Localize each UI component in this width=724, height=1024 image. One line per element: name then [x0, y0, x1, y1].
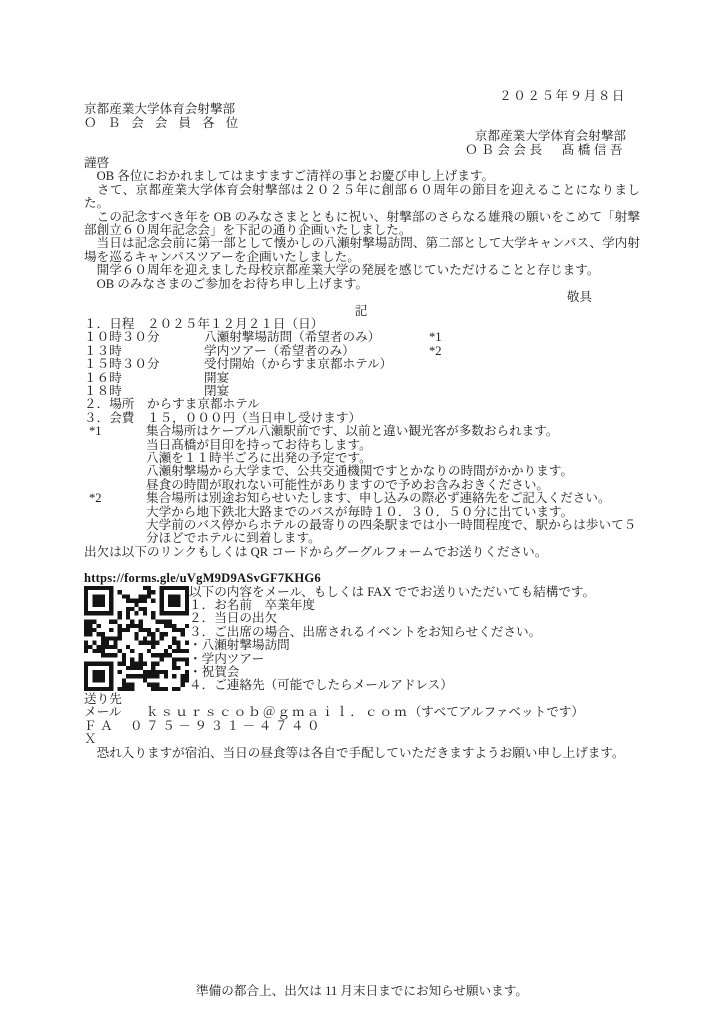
rsvp-mailfax-section: 以下の内容をメール、もしくは FAX ででお送りいただいても結構です。 １．お名…	[84, 586, 640, 693]
body-paragraph: 開学６０周年を迎えました母校京都産業大学の発展を感じていただけることと存じます。	[84, 264, 640, 277]
fax-number: ０７５－９３１－４７４０	[130, 720, 323, 747]
fax-row: ＦＡＸ ０７５－９３１－４７４０	[84, 720, 640, 747]
mail-row: メール ｋｓｕｒｓｃｏｂ＠ｇｍａｉｌ．ｃｏｍ （すべてアルファベットです）	[84, 706, 640, 719]
sendto-section: 送り先 メール ｋｓｕｒｓｃｏｂ＠ｇｍａｉｌ．ｃｏｍ （すべてアルファベットです…	[84, 693, 640, 720]
schedule-time: １０時３０分	[84, 331, 204, 344]
footnote-line: 集合場所はケーブル八瀬駅前です、以前と違い観光客が多数おられます。	[146, 425, 640, 438]
google-form-url[interactable]: https://forms.gle/uVgM9D9ASvGF7KHG6	[84, 572, 640, 585]
closing-word: 敬具	[84, 291, 640, 304]
letter-body: OB 各位におかれましてはますますご清祥の事とお慶び申し上げます。 さて、京都産…	[84, 170, 640, 291]
footnote-1: *1 集合場所はケーブル八瀬駅前です、以前と違い観光客が多数おられます。 当日髙…	[84, 425, 640, 492]
footnote-ref	[429, 385, 640, 398]
rsvp-items: １．お名前 卒業年度 ２．当日の出欠 ３．ご出席の場合、出席されるイベントをお知…	[189, 599, 599, 693]
mail-address: ｋｓｕｒｓｃｏｂ＠ｇｍａｉｌ．ｃｏｍ	[146, 706, 409, 719]
footnote-marker: *2	[84, 492, 146, 546]
footnote-ref	[429, 372, 640, 385]
addressee-block: 京都産業大学体育会射撃部 ＯＢ会会員各位	[84, 103, 640, 130]
rsvp-link-instruction: 出欠は以下のリンクもしくは QR コードからグーグルフォームでお送りください。	[84, 546, 640, 559]
footnote-body: 集合場所は別途お知らせいたします、申し込みの際必ず連絡先をご記入ください。 大学…	[146, 492, 640, 546]
footnote-line: 八瀬射撃場から大学まで、公共交通機関ですとかなりの時間がかかります。	[146, 465, 640, 478]
footnote-marker: *1	[84, 425, 146, 492]
record-mark: 記	[84, 305, 640, 318]
footnote-line: 当日髙橋が目印を持ってお待ちします。	[146, 439, 640, 452]
fax-label: ＦＡＸ	[84, 720, 130, 747]
footnote-ref: *1	[429, 331, 640, 344]
venue-line: ２．場所 からすま京都ホテル	[84, 398, 640, 411]
mail-note: （すべてアルファベットです）	[409, 706, 584, 719]
schedule-time: １６時	[84, 372, 204, 385]
sender-person: ＯＢ会会長 髙橋信吾	[84, 144, 626, 157]
schedule-time: １５時３０分	[84, 358, 204, 371]
sender-block: 京都産業大学体育会射撃部 ＯＢ会会長 髙橋信吾	[84, 130, 640, 157]
venue-fee-section: ２．場所 からすま京都ホテル ３．会費 １５，０００円（当日申し受けます）	[84, 398, 640, 425]
footnote-line: 大学前のバス停からホテルの最寄りの四条駅までは小一時間程度で、駅からは歩いて５分…	[146, 519, 640, 546]
schedule-row: １０時３０分 八瀬射撃場訪問（希望者のみ） *1	[84, 331, 640, 344]
rsvp-item: ２．当日の出欠	[189, 612, 599, 625]
schedule-row: １６時 開宴	[84, 372, 640, 385]
body-paragraph: この記念すべき年を OB のみなさまとともに祝い、射撃部のさらなる雄飛の願いをこ…	[84, 211, 640, 238]
footnote-2: *2 集合場所は別途お知らせいたします、申し込みの際必ず連絡先をご記入ください。…	[84, 492, 640, 546]
closing-note: 恐れ入りますが宿泊、当日の昼食等は各自で手配していただきますようお願い申し上げま…	[84, 747, 640, 760]
body-paragraph: OB のみなさまのご参加をお待ち申し上げます。	[84, 278, 640, 291]
schedule-event: 受付開始（からすま京都ホテル）	[204, 358, 429, 371]
addressee-org: 京都産業大学体育会射撃部	[84, 103, 640, 116]
body-paragraph: 当日は記念会前に第一部として懐かしの八瀬射撃場訪問、第二部として大学キャンパス、…	[84, 237, 640, 264]
schedule-event: 八瀬射撃場訪問（希望者のみ）	[204, 331, 429, 344]
mail-label: メール	[84, 706, 146, 719]
deadline-note: 準備の都合上、出欠は 11 月末日までにお知らせ願います。	[0, 985, 724, 998]
letter-document: ２０２５年９月８日 京都産業大学体育会射撃部 ＯＢ会会員各位 京都産業大学体育会…	[0, 0, 724, 1024]
footnote-line: 大学から地下鉄北大路までのバスが毎時１０．３０．５０分に出ています。	[146, 506, 640, 519]
body-paragraph: OB 各位におかれましてはますますご清祥の事とお慶び申し上げます。	[84, 170, 640, 183]
sender-org: 京都産業大学体育会射撃部	[84, 130, 626, 143]
body-paragraph: さて、京都産業大学体育会射撃部は２０２５年に創部６０周年の節目を迎えることになり…	[84, 184, 640, 211]
footnote-body: 集合場所はケーブル八瀬駅前です、以前と違い観光客が多数おられます。 当日髙橋が目…	[146, 425, 640, 492]
footnote-line: 集合場所は別途お知らせいたします、申し込みの際必ず連絡先をご記入ください。	[146, 492, 640, 505]
qr-code	[84, 586, 189, 691]
schedule-row: １５時３０分 受付開始（からすま京都ホテル）	[84, 358, 640, 371]
schedule-section: １．日程 ２０２５年１２月２１日（日） １０時３０分 八瀬射撃場訪問（希望者のみ…	[84, 318, 640, 398]
mailfax-text: 以下の内容をメール、もしくは FAX ででお送りいただいても結構です。 １．お名…	[189, 586, 599, 693]
rsvp-item: ４．ご連絡先（可能でしたらメールアドレス）	[189, 679, 599, 692]
footnote-ref	[429, 358, 640, 371]
sendto-heading: 送り先	[84, 693, 640, 706]
rsvp-event-option: ・八瀬射撃場訪問	[189, 639, 599, 652]
footnote-ref: *2	[429, 345, 640, 358]
schedule-event: 開宴	[204, 372, 429, 385]
rsvp-event-option: ・学内ツアー	[189, 653, 599, 666]
